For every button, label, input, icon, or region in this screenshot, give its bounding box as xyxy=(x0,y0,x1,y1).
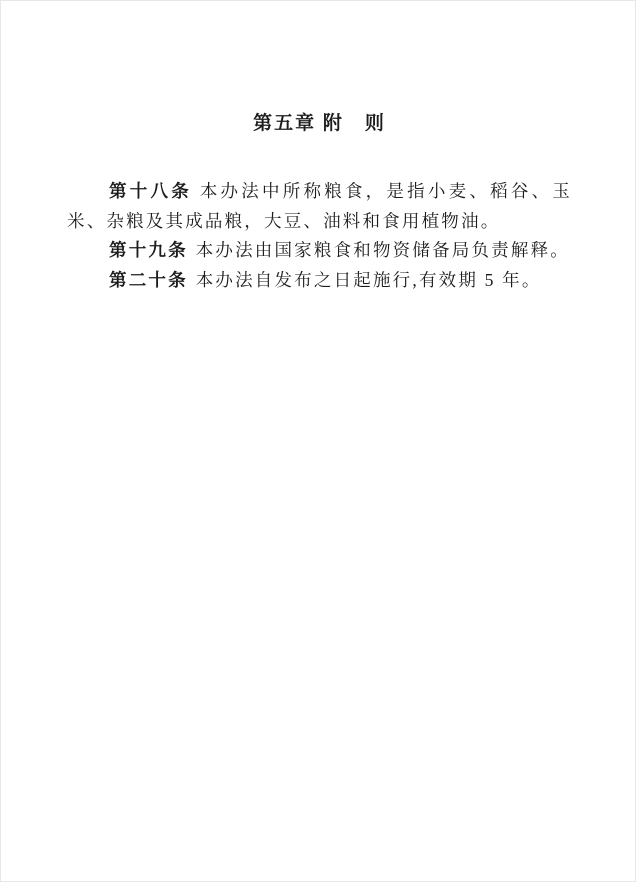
article-paragraph: 第二十条本办法自发布之日起施行,有效期 5 年。 xyxy=(67,266,572,296)
article-text: 本办法自发布之日起施行,有效期 5 年。 xyxy=(196,270,542,290)
article-number: 第十九条 xyxy=(109,240,188,260)
page-content: 第五章 附 则 第十八条本办法中所称粮食，是指小麦、稻谷、玉米、杂粮及其成品粮，… xyxy=(67,112,572,295)
article-number: 第十八条 xyxy=(109,181,192,201)
chapter-heading: 第五章 附 则 xyxy=(67,112,572,136)
article-number: 第二十条 xyxy=(109,270,188,290)
article-text: 本办法由国家粮食和物资储备局负责解释。 xyxy=(196,240,570,260)
article-paragraph: 第十八条本办法中所称粮食，是指小麦、稻谷、玉米、杂粮及其成品粮，大豆、油料和食用… xyxy=(67,177,572,236)
article-paragraph: 第十九条本办法由国家粮食和物资储备局负责解释。 xyxy=(67,236,572,266)
document-page: 第五章 附 则 第十八条本办法中所称粮食，是指小麦、稻谷、玉米、杂粮及其成品粮，… xyxy=(0,0,636,882)
